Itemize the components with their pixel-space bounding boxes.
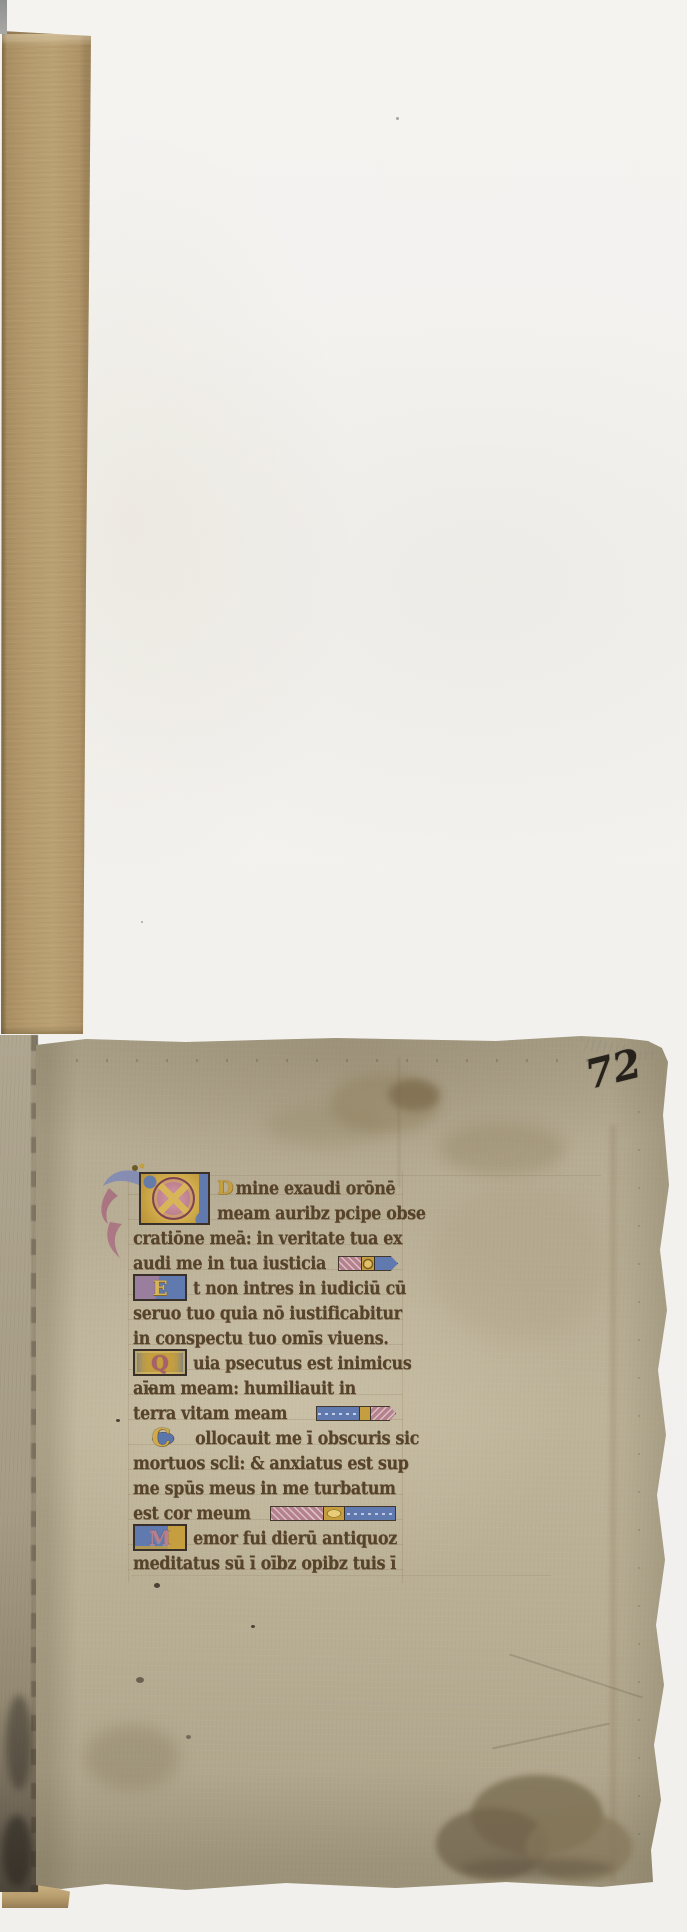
text-block: Dmine exaudi orōnēmeam auribz pcipe obse… bbox=[133, 1176, 398, 1578]
illuminated-initial-Q: Q bbox=[133, 1349, 187, 1376]
fold-line bbox=[398, 1057, 400, 1187]
margin-specks bbox=[638, 1095, 640, 1835]
illuminated-initial-E: E bbox=[133, 1274, 187, 1301]
manuscript-text-line: seruo tuo quia nō iustificabitur bbox=[133, 1301, 398, 1326]
gothic-text: ollocauit me ī obscuris sic bbox=[195, 1424, 419, 1452]
manuscript-text-line: audi me in tua iusticia bbox=[133, 1251, 398, 1276]
manuscript-text-line: terra vitam meam bbox=[133, 1401, 398, 1426]
manuscript-text-line: Collocauit me ī obscuris sic bbox=[133, 1426, 398, 1451]
gothic-text: mine exaudi orōnē bbox=[235, 1174, 395, 1202]
illuminated-initial-C: C bbox=[133, 1424, 189, 1451]
gothic-text: me spūs meus in me turbatum bbox=[133, 1474, 396, 1502]
scanned-manuscript-photo: 72 Dmine exaudi orōnēmeam auribz pcipe o… bbox=[0, 0, 687, 1932]
gutter-stain bbox=[2, 1815, 32, 1887]
gothic-text: aīam meam: humiliauit in bbox=[133, 1374, 356, 1402]
book-gutter bbox=[0, 1035, 38, 1892]
wrinkle bbox=[492, 1723, 610, 1750]
line-filler bbox=[338, 1256, 398, 1271]
manuscript-text-line: mortuos scli: & anxiatus est sup bbox=[133, 1451, 398, 1476]
illuminated-initial-M: M bbox=[133, 1524, 187, 1551]
initial-roundel bbox=[152, 1177, 195, 1220]
gold-versal-letter: D bbox=[217, 1176, 233, 1201]
gothic-text: t non intres in iudiciū cū bbox=[193, 1274, 406, 1302]
gothic-text: cratiōne meā: in veritate tua ex bbox=[133, 1224, 402, 1252]
scan-edge-sliver bbox=[0, 0, 7, 34]
gothic-text: mortuos scli: & anxiatus est sup bbox=[133, 1449, 408, 1477]
manuscript-text-line: cratiōne meā: in veritate tua ex bbox=[133, 1226, 398, 1251]
gothic-text: meam auribz pcipe obse bbox=[217, 1199, 426, 1227]
binding-strip bbox=[0, 28, 96, 1035]
parchment-page: 72 Dmine exaudi orōnēmeam auribz pcipe o… bbox=[36, 1035, 672, 1892]
ink-speck bbox=[186, 1735, 191, 1739]
gutter-stain bbox=[6, 1695, 32, 1790]
psalm-text-lines: Dmine exaudi orōnēmeam auribz pcipe obse… bbox=[133, 1176, 398, 1576]
stain bbox=[431, 1185, 606, 1340]
manuscript-text-line: aīam meam: humiliauit in bbox=[133, 1376, 398, 1401]
stain bbox=[388, 1079, 440, 1111]
large-bottom-stain bbox=[436, 1770, 641, 1892]
manuscript-text-line: in conspectu tuo omīs viuens. bbox=[133, 1326, 398, 1351]
stain-blob bbox=[461, 1858, 613, 1878]
wrinkle bbox=[509, 1653, 643, 1698]
line-filler bbox=[316, 1406, 396, 1421]
gothic-text: emor fui dierū antiquoz bbox=[193, 1524, 397, 1552]
gothic-text: meditatus sū ī oībz opibz tuis ī bbox=[133, 1549, 396, 1577]
pricking-holes-row bbox=[76, 1059, 636, 1062]
manuscript-text-line: Memor fui dierū antiquoz bbox=[133, 1526, 398, 1551]
gothic-text: audi me in tua iusticia bbox=[133, 1249, 326, 1277]
stain bbox=[84, 1725, 179, 1790]
illuminated-initial-D bbox=[139, 1172, 210, 1225]
stain bbox=[440, 1123, 565, 1175]
ink-speck bbox=[136, 1677, 144, 1683]
manuscript-text-line: est cor meum bbox=[133, 1501, 398, 1526]
dust-speck bbox=[141, 921, 143, 923]
gothic-text: in conspectu tuo omīs viuens. bbox=[133, 1324, 388, 1352]
ink-speck bbox=[116, 1419, 120, 1422]
gothic-text: est cor meum bbox=[133, 1499, 250, 1527]
manuscript-text-line: Quia psecutus est inimicus bbox=[133, 1351, 398, 1376]
manuscript-text-line: Et non intres in iudiciū cū bbox=[133, 1276, 398, 1301]
ink-speck bbox=[154, 1583, 160, 1588]
manuscript-text-line: meditatus sū ī oībz opibz tuis ī bbox=[133, 1551, 398, 1576]
gothic-text: seruo tuo quia nō iustificabitur bbox=[133, 1299, 402, 1327]
line-filler bbox=[270, 1506, 396, 1521]
ink-speck bbox=[251, 1625, 255, 1628]
dust-speck bbox=[396, 117, 399, 120]
gothic-text: uia psecutus est inimicus bbox=[193, 1349, 411, 1377]
manuscript-text-line: me spūs meus in me turbatum bbox=[133, 1476, 398, 1501]
